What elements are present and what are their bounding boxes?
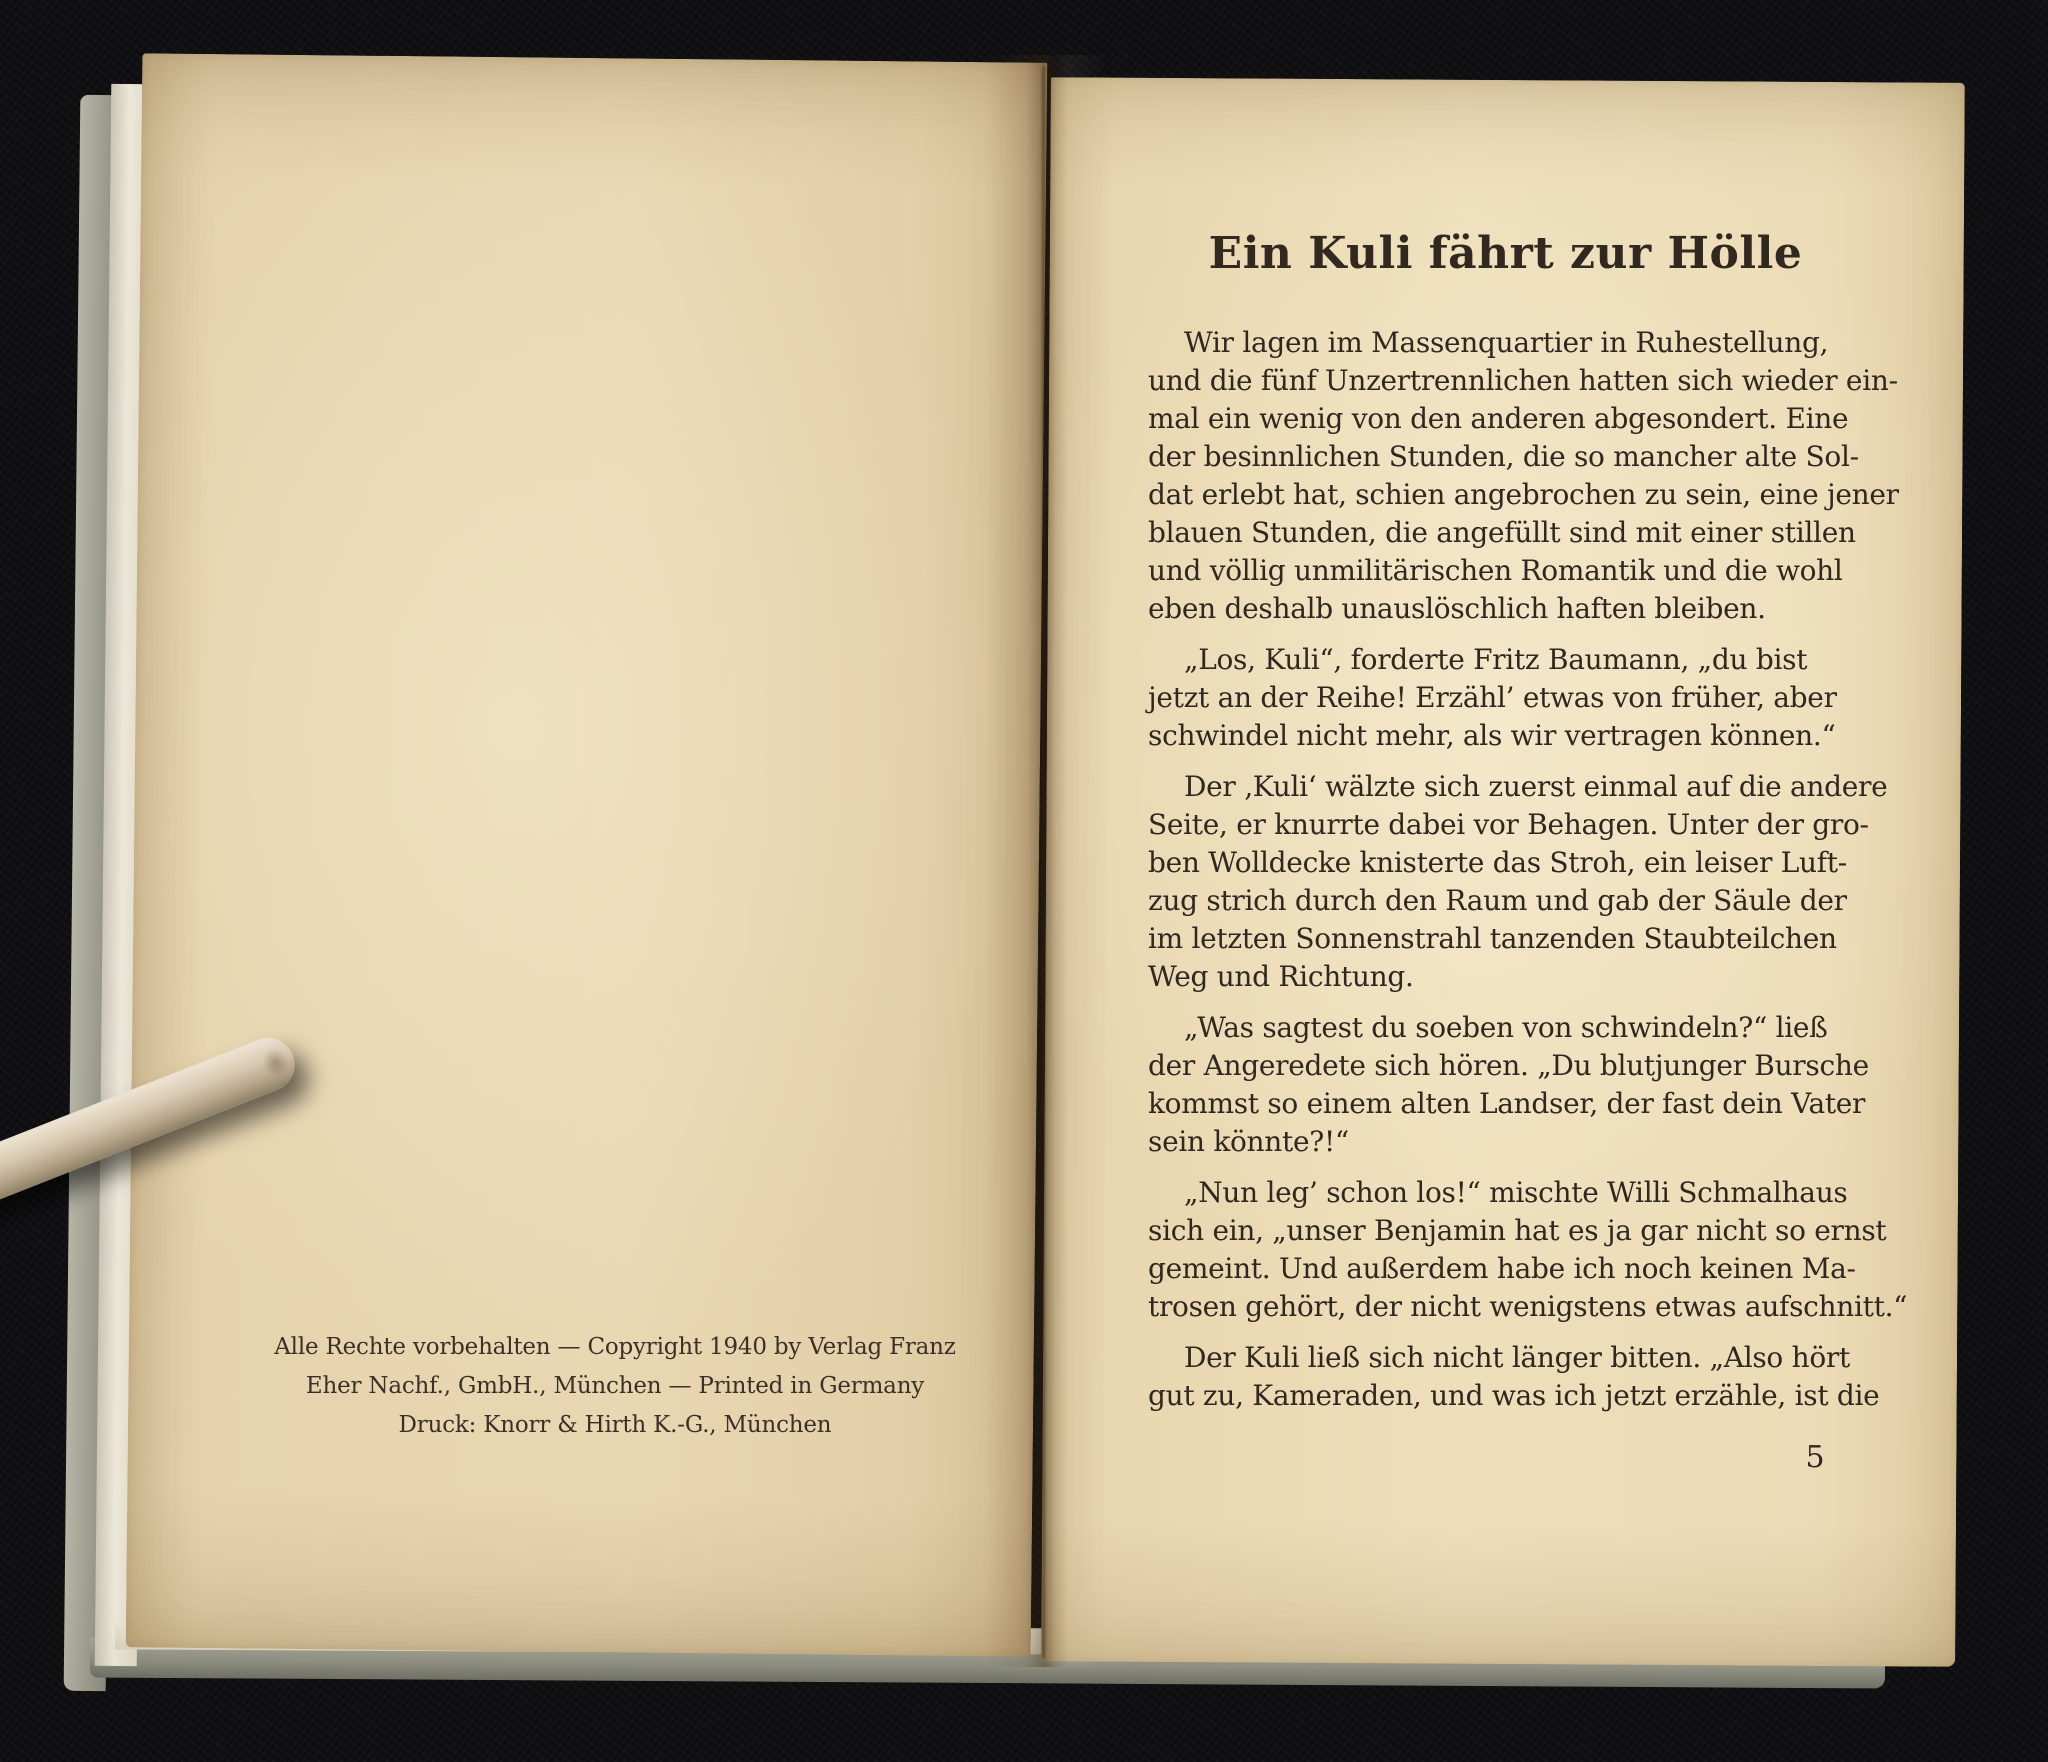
- book-gutter-fold-line: [1042, 66, 1045, 1658]
- chapter-title: Ein Kuli fährt zur Hölle: [1148, 228, 1863, 279]
- imprint-text: Alle Rechte vorbehalten — Copyright 1940…: [260, 1328, 970, 1445]
- body-paragraph: Der ‚Kuli‘ wälzte sich zuerst einmal auf…: [1148, 768, 1863, 996]
- body-paragraph: Der Kuli ließ sich nicht länger bitten. …: [1148, 1339, 1863, 1415]
- page-number: 5: [1785, 1440, 1845, 1475]
- book-gutter-shadow: [985, 55, 1107, 1667]
- body-paragraph: „Los, Kuli“, forderte Fritz Baumann, „du…: [1148, 641, 1863, 755]
- body-text-column: Wir lagen im Massenquartier in Ruhestell…: [1148, 324, 1863, 1454]
- photo-background: Alle Rechte vorbehalten — Copyright 1940…: [0, 0, 2048, 1762]
- body-paragraph: Wir lagen im Massenquartier in Ruhestell…: [1148, 324, 1863, 628]
- body-paragraph: „Was sagtest du soeben von schwindeln?“ …: [1148, 1009, 1863, 1161]
- body-paragraph: „Nun leg’ schon los!“ mischte Willi Schm…: [1148, 1174, 1863, 1326]
